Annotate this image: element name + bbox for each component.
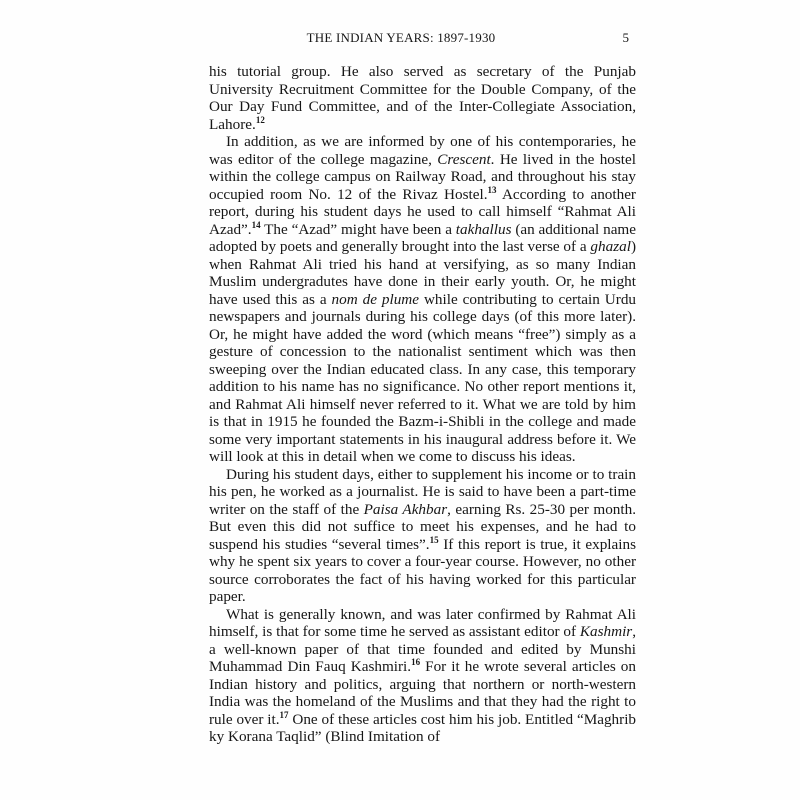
footnote-reference: 17 <box>280 710 289 720</box>
paragraph: his tutorial group. He also served as se… <box>209 63 636 133</box>
page-number: 5 <box>623 30 630 46</box>
running-head: THE INDIAN YEARS: 1897-1930 5 <box>165 30 637 50</box>
footnote-reference: 16 <box>411 657 420 667</box>
body-text: his tutorial group. He also served as se… <box>209 63 636 746</box>
paragraph: In addition, as we are informed by one o… <box>209 133 636 466</box>
running-title: THE INDIAN YEARS: 1897-1930 <box>165 30 637 46</box>
book-page: THE INDIAN YEARS: 1897-1930 5 his tutori… <box>0 0 800 800</box>
paragraph: During his student days, either to suppl… <box>209 466 636 606</box>
italic-term: nom de plume <box>332 291 419 308</box>
footnote-reference: 15 <box>430 535 439 545</box>
text-run: What is generally known, and was later c… <box>209 606 636 641</box>
footnote-reference: 14 <box>252 220 261 230</box>
paragraph: What is generally known, and was later c… <box>209 606 636 746</box>
italic-term: Paisa Akhbar <box>364 501 447 518</box>
text-run: his tutorial group. He also served as se… <box>209 63 636 133</box>
italic-term: Kashmir <box>580 623 632 640</box>
italic-term: takhallus <box>456 221 512 238</box>
italic-term: Crescent <box>437 151 490 168</box>
text-run: while contributing to certain Urdu newsp… <box>209 291 636 466</box>
text-run: The “Azad” might have been a <box>261 221 456 238</box>
italic-term: ghazal <box>590 238 631 255</box>
footnote-reference: 13 <box>488 185 497 195</box>
footnote-reference: 12 <box>256 115 265 125</box>
